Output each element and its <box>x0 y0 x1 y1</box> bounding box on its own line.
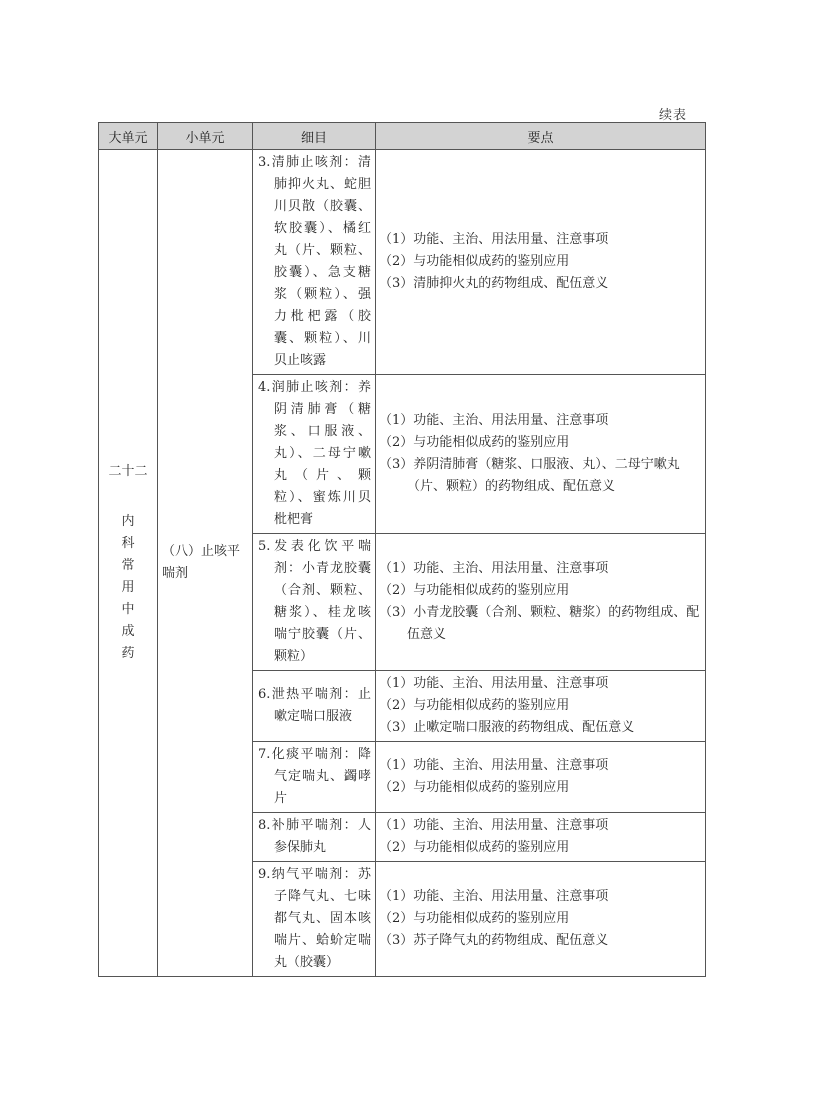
key-point: （2）与功能相似成药的鉴别应用 <box>379 432 702 454</box>
detail-cell: 6.泄热平喘剂：止嗽定喘口服液 <box>253 671 376 742</box>
key-points-cell: （1）功能、主治、用法用量、注意事项 （2）与功能相似成药的鉴别应用 （3）苏子… <box>376 862 706 977</box>
key-point: （3）小青龙胶囊（合剂、颗粒、糖浆）的药物组成、配伍意义 <box>379 602 702 646</box>
key-point: （1）功能、主治、用法用量、注意事项 <box>379 755 702 777</box>
detail-text: 8.补肺平喘剂：人参保肺丸 <box>258 815 371 859</box>
key-point: （1）功能、主治、用法用量、注意事项 <box>379 229 702 251</box>
key-point: （2）与功能相似成药的鉴别应用 <box>379 580 702 602</box>
key-point: （3）苏子降气丸的药物组成、配伍意义 <box>379 930 702 952</box>
key-point: （3）止嗽定喘口服液的药物组成、配伍意义 <box>379 717 702 739</box>
detail-cell: 8.补肺平喘剂：人参保肺丸 <box>253 813 376 862</box>
continued-table-label: 续表 <box>659 104 687 123</box>
syllabus-table: 大单元 小单元 细目 要点 二十二 内 科 常 用 中 成 药 （八）止咳平喘剂… <box>98 122 706 977</box>
key-points-cell: （1）功能、主治、用法用量、注意事项 （2）与功能相似成药的鉴别应用 （3）养阴… <box>376 375 706 534</box>
detail-cell: 7.化痰平喘剂：降气定喘丸、蠲哮片 <box>253 742 376 813</box>
detail-text: 9.纳气平喘剂：苏子降气丸、七味都气丸、固本咳喘片、蛤蚧定喘丸（胶囊） <box>258 864 371 974</box>
key-point: （1）功能、主治、用法用量、注意事项 <box>379 886 702 908</box>
key-point: （3）清肺抑火丸的药物组成、配伍意义 <box>379 273 702 295</box>
table-header-row: 大单元 小单元 细目 要点 <box>99 123 706 150</box>
key-points-cell: （1）功能、主治、用法用量、注意事项 （2）与功能相似成药的鉴别应用 <box>376 813 706 862</box>
big-unit-title-char: 用 <box>99 577 157 599</box>
header-big-unit: 大单元 <box>99 123 158 150</box>
key-point: （2）与功能相似成药的鉴别应用 <box>379 251 702 273</box>
key-point: （2）与功能相似成药的鉴别应用 <box>379 908 702 930</box>
key-point: （3）养阴清肺膏（糖浆、口服液、丸）、二母宁嗽丸（片、颗粒）的药物组成、配伍意义 <box>379 454 702 498</box>
key-point: （1）功能、主治、用法用量、注意事项 <box>379 815 702 837</box>
key-points-cell: （1）功能、主治、用法用量、注意事项 （2）与功能相似成药的鉴别应用 （3）清肺… <box>376 150 706 375</box>
detail-cell: 5.发表化饮平喘剂：小青龙胶囊（合剂、颗粒、糖浆）、桂龙咳喘宁胶囊（片、颗粒） <box>253 534 376 671</box>
detail-text: 4.润肺止咳剂：养阴清肺膏（糖浆、口服液、丸）、二母宁嗽丸（片、颗粒）、蜜炼川贝… <box>258 377 371 531</box>
table-row: 二十二 内 科 常 用 中 成 药 （八）止咳平喘剂 3.清肺止咳剂：清肺抑火丸… <box>99 150 706 375</box>
detail-cell: 4.润肺止咳剂：养阴清肺膏（糖浆、口服液、丸）、二母宁嗽丸（片、颗粒）、蜜炼川贝… <box>253 375 376 534</box>
small-unit-cell: （八）止咳平喘剂 <box>158 150 253 977</box>
key-point: （2）与功能相似成药的鉴别应用 <box>379 777 702 799</box>
big-unit-title-char: 常 <box>99 555 157 577</box>
detail-text: 6.泄热平喘剂：止嗽定喘口服液 <box>258 684 371 728</box>
detail-cell: 9.纳气平喘剂：苏子降气丸、七味都气丸、固本咳喘片、蛤蚧定喘丸（胶囊） <box>253 862 376 977</box>
key-point: （1）功能、主治、用法用量、注意事项 <box>379 673 702 695</box>
detail-text: 7.化痰平喘剂：降气定喘丸、蠲哮片 <box>258 744 371 810</box>
big-unit-title-char: 成 <box>99 621 157 643</box>
big-unit-number: 二十二 <box>99 461 157 483</box>
big-unit-title-char: 科 <box>99 533 157 555</box>
header-small-unit: 小单元 <box>158 123 253 150</box>
detail-text: 3.清肺止咳剂：清肺抑火丸、蛇胆川贝散（胶囊、软胶囊）、橘红丸（片、颗粒、胶囊）… <box>258 152 371 372</box>
detail-cell: 3.清肺止咳剂：清肺抑火丸、蛇胆川贝散（胶囊、软胶囊）、橘红丸（片、颗粒、胶囊）… <box>253 150 376 375</box>
header-detail: 细目 <box>253 123 376 150</box>
key-points-cell: （1）功能、主治、用法用量、注意事项 （2）与功能相似成药的鉴别应用 （3）止嗽… <box>376 671 706 742</box>
big-unit-cell: 二十二 内 科 常 用 中 成 药 <box>99 150 158 977</box>
key-point: （2）与功能相似成药的鉴别应用 <box>379 695 702 717</box>
key-point: （1）功能、主治、用法用量、注意事项 <box>379 558 702 580</box>
key-points-cell: （1）功能、主治、用法用量、注意事项 （2）与功能相似成药的鉴别应用 （3）小青… <box>376 534 706 671</box>
big-unit-title-char: 药 <box>99 643 157 665</box>
key-point: （2）与功能相似成药的鉴别应用 <box>379 837 702 859</box>
big-unit-title-char: 中 <box>99 599 157 621</box>
key-points-cell: （1）功能、主治、用法用量、注意事项 （2）与功能相似成药的鉴别应用 <box>376 742 706 813</box>
header-key-points: 要点 <box>376 123 706 150</box>
detail-text: 5.发表化饮平喘剂：小青龙胶囊（合剂、颗粒、糖浆）、桂龙咳喘宁胶囊（片、颗粒） <box>258 536 371 668</box>
key-point: （1）功能、主治、用法用量、注意事项 <box>379 410 702 432</box>
big-unit-title-char: 内 <box>99 511 157 533</box>
